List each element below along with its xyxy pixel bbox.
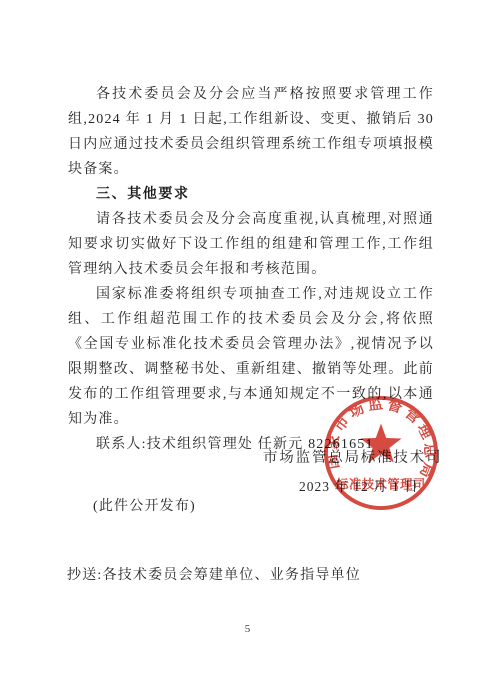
- section-heading-other-requirements: 三、其他要求: [68, 182, 434, 207]
- paragraph-attention-request: 请各技术委员会及分会高度重视,认真梳理,对照通知要求切实做好下设工作组的组建和管…: [68, 207, 434, 282]
- seal-bottom-text: 标准技术管理司: [335, 476, 425, 491]
- official-seal: 国家市场监督管理总局 标准技术管理司: [322, 394, 440, 512]
- document-page: 各技术委员会及分会应当严格按照要求管理工作组,2024 年 1 月 1 日起,工…: [0, 0, 495, 700]
- public-release-note: (此件公开发布): [93, 495, 196, 515]
- paragraph-filing-requirement: 各技术委员会及分会应当严格按照要求管理工作组,2024 年 1 月 1 日起,工…: [68, 82, 434, 182]
- page-number: 5: [0, 623, 495, 635]
- seal-star-icon: [360, 424, 401, 463]
- cc-line: 抄送:各技术委员会筹建单位、业务指导单位: [67, 564, 361, 584]
